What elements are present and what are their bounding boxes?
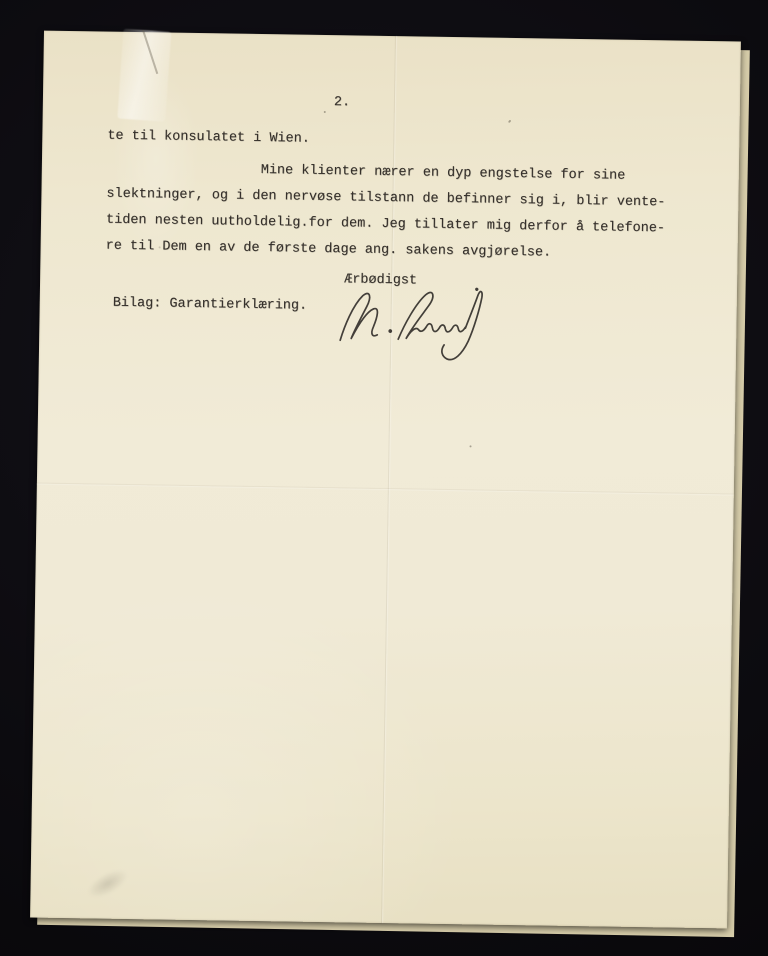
signature-stroke-w <box>340 293 378 341</box>
photo-background: 2. te til konsulatet i Wien. Mine klient… <box>0 0 768 956</box>
dust-speck <box>324 111 326 113</box>
page-number: 2. <box>334 95 350 110</box>
dust-speck <box>470 445 472 447</box>
letter-page: 2. te til konsulatet i Wien. Mine klient… <box>30 31 741 929</box>
letter-body: te til konsulatet i Wien. Mine klienter … <box>105 124 666 269</box>
text-line: te til konsulatet i Wien. <box>107 124 666 159</box>
attachment-note: Bilag: Garantierklæring. <box>113 296 308 314</box>
signature-stroke-main <box>398 292 466 340</box>
smudge-mark <box>74 856 142 911</box>
dust-speck <box>508 120 511 124</box>
paragraph: te til konsulatet i Wien. <box>107 124 666 159</box>
tape-mark <box>117 29 171 122</box>
signature-j-dot <box>476 288 478 290</box>
horizontal-fold-line <box>37 483 734 495</box>
handwritten-signature <box>335 279 504 370</box>
paragraph: Mine klienter nærer en dyp engstelse for… <box>105 156 666 269</box>
signature-stroke-tail <box>442 291 482 360</box>
signature-period <box>389 330 392 333</box>
